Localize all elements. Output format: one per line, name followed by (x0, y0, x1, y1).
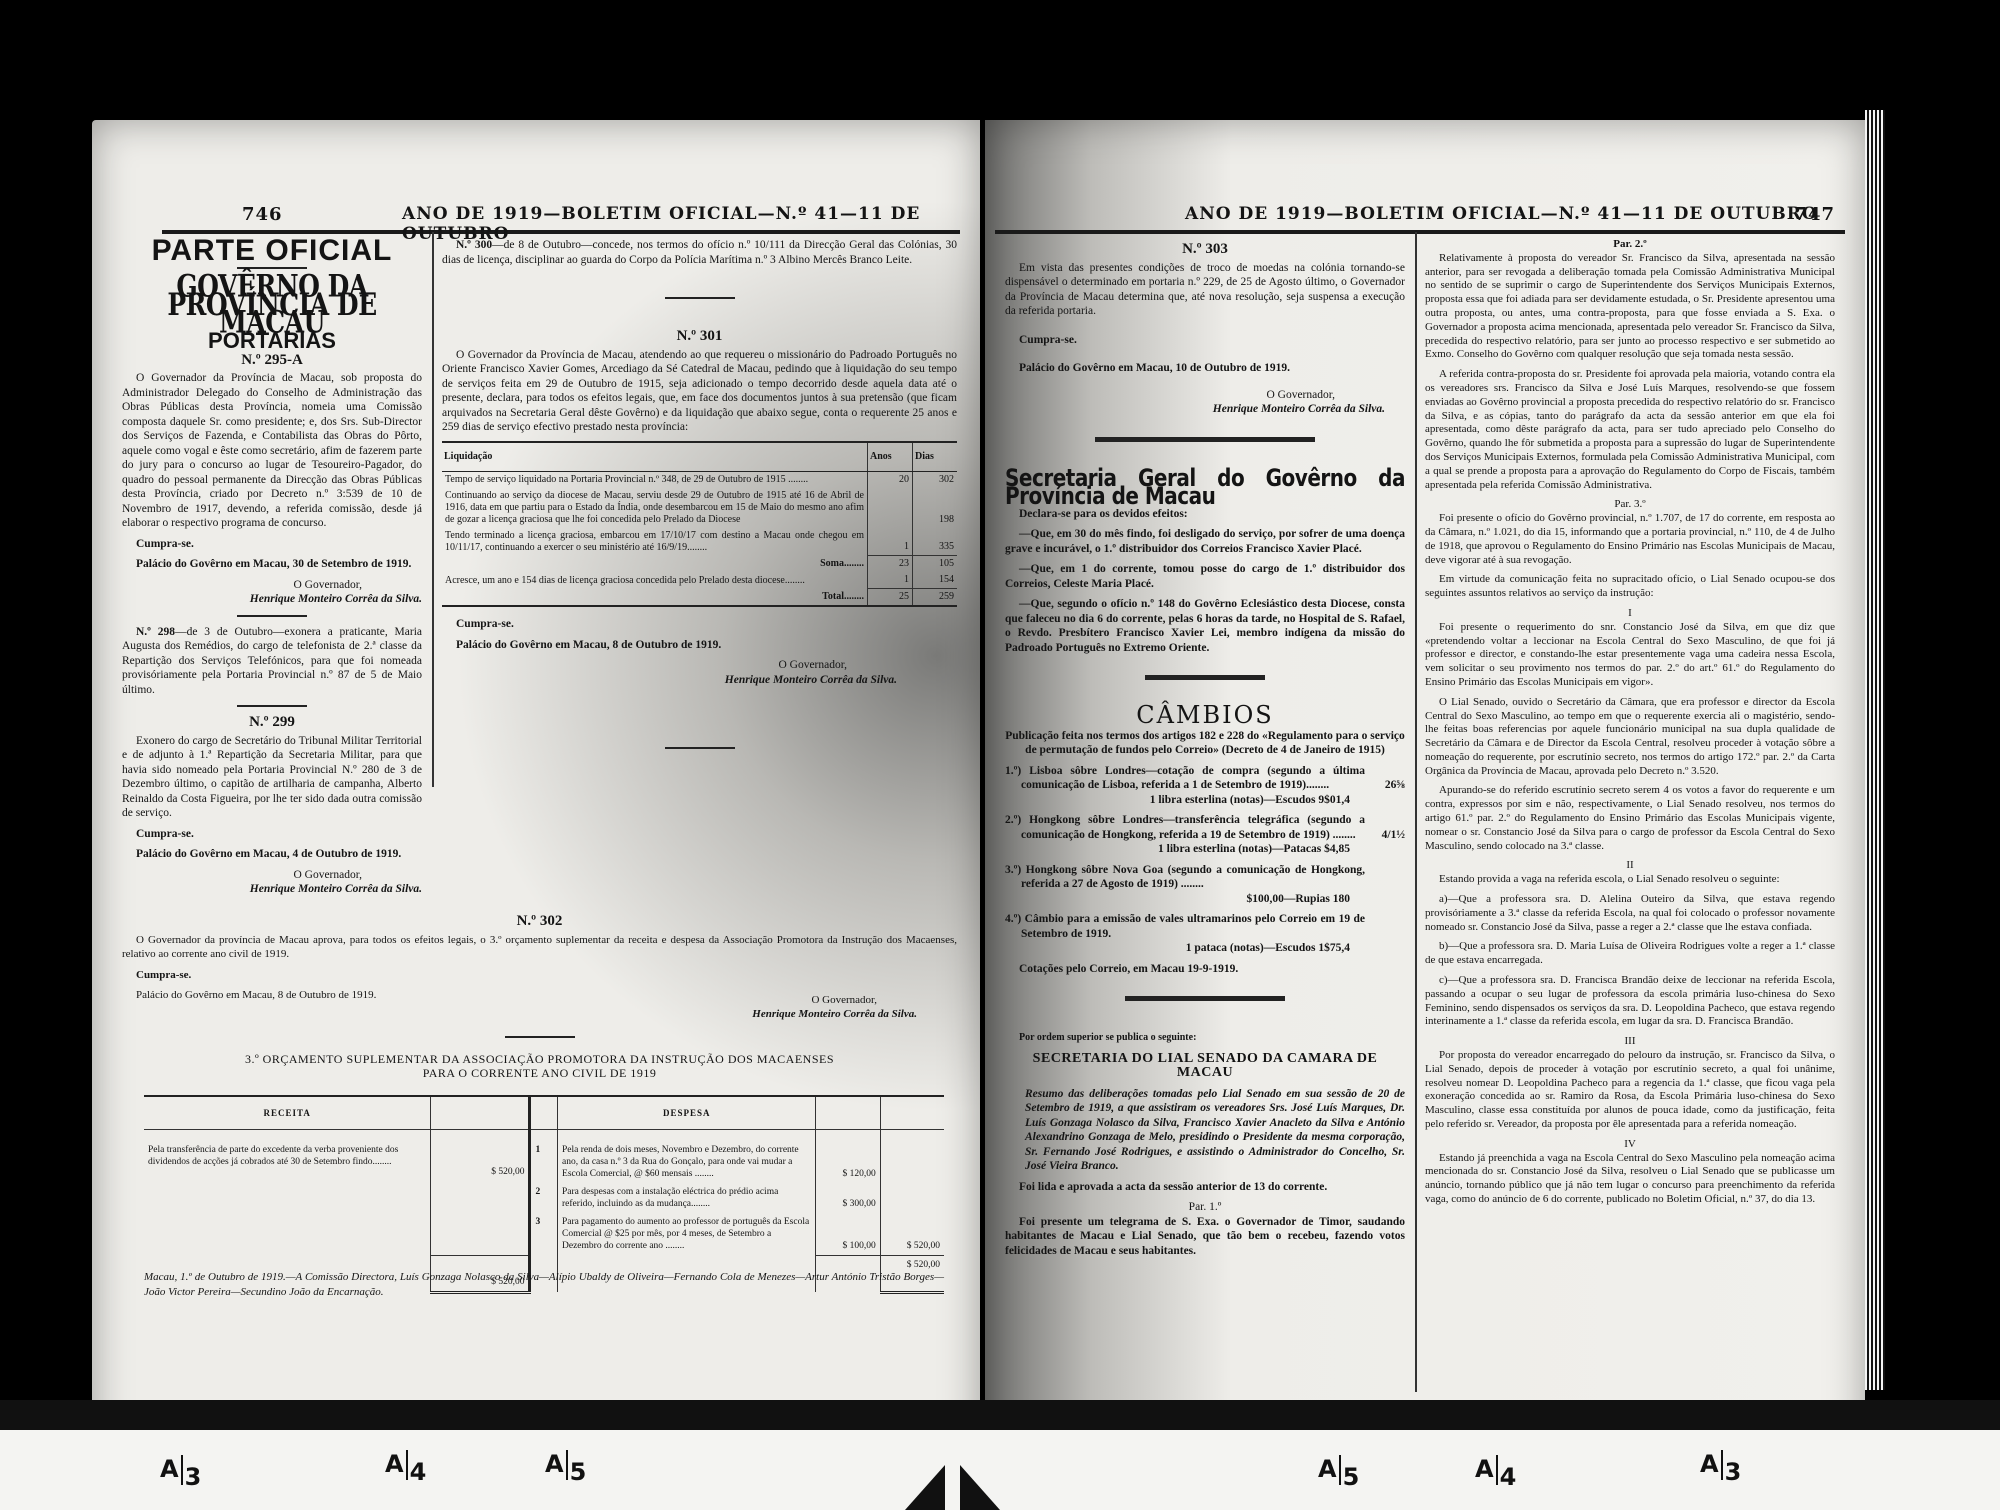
portaria-303-body: Em vista das presentes condições de troc… (1005, 261, 1405, 319)
right-running-title: ANO DE 1919—BOLETIM OFICIAL—N.º 41—11 DE… (1185, 204, 1818, 224)
right-page-number: 747 (1794, 204, 1835, 225)
governor-name: Henrique Monteiro Corrêa da Silva. (122, 592, 422, 607)
liquidacao-description: Tempo de serviço liquidado na Portaria P… (442, 471, 868, 488)
orcamento-subtitle: PARA O CORRENTE ANO CIVIL DE 1919 (122, 1066, 957, 1081)
par3-body: Foi presente o ofício do Govêrno provinc… (1425, 512, 1835, 567)
portaria-303-heading: N.º 303 (1005, 242, 1405, 257)
right-page: ANO DE 1919—BOLETIM OFICIAL—N.º 41—11 DE… (985, 120, 1865, 1460)
anos-value: 25 (868, 589, 913, 607)
calibration-mark: A3 (1700, 1450, 1741, 1480)
par2-body: A referida contra-proposta do sr. Presid… (1425, 368, 1835, 492)
despesa-header: DESPESA (558, 1096, 816, 1130)
orcamento-title: 3.º ORÇAMENTO SUPLEMENTAR DA ASSOCIAÇÃO … (122, 1052, 957, 1067)
despesa-item: Para despesas com a instalação eléctrica… (558, 1183, 816, 1213)
cambio-item: 4.º) Câmbio para a emissão de vales ultr… (1005, 912, 1405, 956)
parte-oficial-heading: PARTE OFICIAL (122, 244, 422, 259)
divider (237, 615, 307, 617)
divider (1125, 996, 1285, 1001)
calibration-digit: 5 (1343, 1463, 1360, 1491)
anos-value: 1 (868, 528, 913, 556)
lial-intro: Por ordem superior se publica o seguinte… (1005, 1031, 1405, 1046)
cambio-rate: 4/1½ (1365, 828, 1405, 843)
calibration-letter: A (545, 1450, 564, 1478)
receita-amount: $ 520,00 (431, 1130, 530, 1256)
table-row: Continuando ao serviço da diocese de Mac… (442, 488, 957, 528)
section-ii-c: c)—Que a professora sra. D. Francisca Br… (1425, 974, 1835, 1029)
governor-name: Henrique Monteiro Corrêa da Silva. (122, 882, 422, 897)
par2-heading: Par. 2.º (1425, 238, 1835, 252)
cambio-rate: 26⅝ (1365, 778, 1405, 793)
cambio-item: 3.º) Hongkong sôbre Nova Goa (segundo a … (1005, 863, 1405, 907)
left-page-number: 746 (242, 204, 283, 225)
liquidacao-header: Liquidação (442, 442, 868, 472)
cambio-item: 1.º) Lisboa sôbre Londres—cotação de com… (1005, 764, 1405, 808)
cambio-item: 2.º) Hongkong sôbre Londres—transferênci… (1005, 813, 1405, 857)
despesa-subtotal: $ 520,00 (880, 1213, 944, 1255)
governor-title: O Governador, (1005, 388, 1405, 403)
section-ii-intro: Estando provida a vaga na referida escol… (1425, 873, 1835, 887)
section-i-body: Apurando-se do referido escrutínio secre… (1425, 784, 1835, 853)
left-column-2: N.º 300—de 8 de Outubro—concede, nos ter… (442, 238, 957, 757)
portaria-301-heading: N.º 301 (442, 329, 957, 344)
par1-body: Foi presente um telegrama de S. Exa. o G… (1005, 1215, 1405, 1259)
calibration-digit: 3 (1725, 1458, 1742, 1486)
divider (665, 297, 735, 299)
par3-heading: Par. 3.º (1425, 498, 1835, 512)
portaria-299-heading: N.º 299 (122, 715, 422, 730)
dias-value: 198 (913, 488, 958, 528)
table-row: Soma........23105 (442, 556, 957, 573)
anos-value: 20 (868, 471, 913, 488)
portaria-date: Palácio do Govêrno em Macau, 4 de Outubr… (122, 847, 422, 862)
despesa-item: Pela renda de dois meses, Novembro e Dez… (558, 1130, 816, 1184)
despesa-item-number: 1 (530, 1130, 558, 1184)
governo-heading: GOVÊRNO DA PROVÍNCIA DE MACAU (122, 277, 422, 331)
cambio-description: 3.º) Hongkong sôbre Nova Goa (segundo a … (1005, 863, 1365, 892)
calibration-letter: A (385, 1450, 404, 1478)
lial-resumo: Resumo das deliberações tomadas pelo Lia… (1005, 1087, 1405, 1174)
portaria-301-body: O Governador da Província de Macau, aten… (442, 348, 957, 435)
anos-value: 23 (868, 556, 913, 573)
despesa-item-number: 2 (530, 1183, 558, 1213)
left-column-1: PARTE OFICIAL GOVÊRNO DA PROVÍNCIA DE MA… (122, 238, 422, 897)
calibration-mark: A5 (545, 1450, 586, 1480)
cambios-footer: Cotações pelo Correio, em Macau 19-9-191… (1005, 962, 1405, 977)
film-border-top (0, 0, 2000, 120)
liquidacao-description: Total........ (442, 589, 868, 607)
governor-title: O Governador, (122, 868, 422, 883)
cambios-heading: CÂMBIOS (1005, 708, 1405, 723)
calibration-digit: 5 (570, 1458, 587, 1486)
par1-heading: Par. 1.º (1005, 1200, 1405, 1215)
dias-value: 154 (913, 572, 958, 589)
table-row: Tempo de serviço liquidado na Portaria P… (442, 471, 957, 488)
calibration-mark: A3 (160, 1455, 201, 1485)
cambio-conversion: 1 libra esterlina (notas)—Patacas $4,85 (1005, 842, 1405, 857)
divider (1095, 437, 1315, 442)
receita-header: RECEITA (144, 1096, 431, 1130)
calibration-letter: A (1475, 1455, 1494, 1483)
despesa-item: Para pagamento do aumento ao professor d… (558, 1213, 816, 1255)
section-i-body: Foi presente o requerimento do snr. Cons… (1425, 621, 1835, 690)
right-running-head: ANO DE 1919—BOLETIM OFICIAL—N.º 41—11 DE… (995, 200, 1845, 234)
anos-value: 1 (868, 572, 913, 589)
despesa-amount: $ 100,00 (816, 1213, 880, 1255)
portaria-295a-body: O Governador da Província de Macau, sob … (122, 371, 422, 531)
secretaria-item: —Que, segundo o ofício n.º 148 do Govêrn… (1005, 597, 1405, 655)
liquidacao-description: Tendo terminado a licença graciosa, emba… (442, 528, 868, 556)
right-column-1: N.º 303 Em vista das presentes condições… (1005, 238, 1405, 1264)
portaria-302-section: N.º 302 O Governador da província de Mac… (122, 910, 957, 1081)
table-row: Total........25259 (442, 589, 957, 607)
calibration-letter: A (1700, 1450, 1719, 1478)
governor-name: Henrique Monteiro Corrêa da Silva. (122, 1007, 957, 1022)
cumpra-se: Cumpra-se. (122, 827, 422, 842)
secretaria-heading: Secretaria Geral do Govêrno da Província… (1005, 469, 1405, 504)
cambio-row: 3.º) Hongkong sôbre Nova Goa (segundo a … (1005, 863, 1405, 892)
cambio-description: 4.º) Câmbio para a emissão de vales ultr… (1005, 912, 1365, 941)
section-ii-b: b)—Que a professora sra. D. Maria Luísa … (1425, 940, 1835, 968)
section-iv-body: Estando já preenchida a vaga na Escola C… (1425, 1152, 1835, 1207)
column-divider (432, 232, 434, 787)
liquidacao-description: Continuando ao serviço da diocese de Mac… (442, 488, 868, 528)
portaria-298: N.º 298—de 3 de Outubro—exonera a pratic… (122, 625, 422, 698)
right-column-2: Par. 2.º Relativamente à proposta do ver… (1425, 238, 1835, 1213)
divider (1145, 675, 1265, 680)
liquidacao-description: Soma........ (442, 556, 868, 573)
secretaria-item: —Que, em 1 do corrente, tomou posse do c… (1005, 562, 1405, 591)
divider (505, 1036, 575, 1038)
cambio-conversion: 1 libra esterlina (notas)—Escudos 9$01,4 (1005, 793, 1405, 808)
left-running-head: 746 ANO DE 1919—BOLETIM OFICIAL—N.º 41—1… (162, 200, 960, 234)
portaria-date: Palácio do Govêrno em Macau, 10 de Outub… (1005, 361, 1405, 376)
calibration-letter: A (160, 1455, 179, 1483)
portaria-300-lead: N.º 300 (456, 239, 492, 251)
despesa-total-cell (880, 1183, 944, 1213)
item-number-header (530, 1096, 558, 1130)
left-page: 746 ANO DE 1919—BOLETIM OFICIAL—N.º 41—1… (92, 120, 980, 1460)
portaria-302-heading: N.º 302 (122, 914, 957, 929)
portaria-300: N.º 300—de 8 de Outubro—concede, nos ter… (442, 238, 957, 267)
portaria-302-body: O Governador da província de Macau aprov… (122, 933, 957, 962)
section-ii-heading: II (1425, 859, 1835, 873)
portaria-295a-heading: N.º 295-A (122, 353, 422, 368)
receita-item: Pela transferência de parte do excedente… (144, 1130, 431, 1256)
receita-amount-header (431, 1096, 530, 1130)
par2-body: Relativamente à proposta do vereador Sr.… (1425, 252, 1835, 362)
cambio-row: 2.º) Hongkong sôbre Londres—transferênci… (1005, 813, 1405, 842)
dias-value: 259 (913, 589, 958, 607)
cumpra-se: Cumpra-se. (442, 617, 957, 632)
table-row: Acresce, um ano e 154 dias de licença gr… (442, 572, 957, 589)
table-row: Tendo terminado a licença graciosa, emba… (442, 528, 957, 556)
portaria-298-lead: N.º 298 (136, 626, 175, 638)
lial-heading: SECRETARIA DO LIAL SENADO DA CAMARA DE M… (1005, 1052, 1405, 1081)
despesa-amount: $ 300,00 (816, 1183, 880, 1213)
cumpra-se: Cumpra-se. (122, 537, 422, 552)
cambio-conversion: 1 pataca (notas)—Escudos 1$75,4 (1005, 941, 1405, 956)
governor-name: Henrique Monteiro Corrêa da Silva. (442, 673, 957, 688)
dias-value: 105 (913, 556, 958, 573)
divider (237, 705, 307, 707)
cambios-intro: Publicação feita nos termos dos artigos … (1005, 729, 1405, 758)
calibration-digit: 3 (185, 1463, 202, 1491)
anos-header: Anos (868, 442, 913, 472)
liquidacao-description: Acresce, um ano e 154 dias de licença gr… (442, 572, 868, 589)
orcamento-table: RECEITA DESPESA Pela transferência de pa… (144, 1095, 944, 1294)
cambio-row: 4.º) Câmbio para a emissão de vales ultr… (1005, 912, 1405, 941)
portaria-date: Palácio do Govêrno em Macau, 8 de Outubr… (442, 638, 957, 653)
governor-name: Henrique Monteiro Corrêa da Silva. (1005, 402, 1405, 417)
divider (665, 747, 735, 749)
calibration-digit: 4 (1500, 1463, 1517, 1491)
cumpra-se: Cumpra-se. (1005, 333, 1405, 348)
cambio-row: 1.º) Lisboa sôbre Londres—cotação de com… (1005, 764, 1405, 793)
governor-title: O Governador, (442, 658, 957, 673)
section-i-heading: I (1425, 607, 1835, 621)
cambio-conversion: $100,00—Rupias 180 (1005, 892, 1405, 907)
calibration-digit: 4 (410, 1458, 427, 1486)
par3-body: Em virtude da comunicação feita no supra… (1425, 573, 1835, 601)
cambio-description: 1.º) Lisboa sôbre Londres—cotação de com… (1005, 764, 1365, 793)
despesa-amount: $ 120,00 (816, 1130, 880, 1184)
secretaria-item: —Que, em 30 do mês findo, foi desligado … (1005, 527, 1405, 556)
cambios-list: 1.º) Lisboa sôbre Londres—cotação de com… (1005, 764, 1405, 956)
calibration-mark: A5 (1318, 1455, 1359, 1485)
despesa-total-cell (880, 1130, 944, 1184)
governor-title: O Governador, (122, 578, 422, 593)
calibration-letter: A (1318, 1455, 1337, 1483)
orcamento-signature: Macau, 1.º de Outubro de 1919.—A Comissã… (144, 1270, 944, 1299)
cumpra-se: Cumpra-se. (122, 968, 957, 983)
dias-value: 302 (913, 471, 958, 488)
center-arrow-left-icon (905, 1465, 945, 1510)
section-iii-body: Por proposta do vereador encarregado do … (1425, 1049, 1835, 1132)
calibration-mark: A4 (1475, 1455, 1516, 1485)
despesa-item-number: 3 (530, 1213, 558, 1255)
despesa-total-header (880, 1096, 944, 1130)
lial-acta: Foi lida e aprovada a acta da sessão ant… (1005, 1180, 1405, 1195)
section-i-body: O Lial Senado, ouvido o Secretário da Câ… (1425, 696, 1835, 779)
column-divider (1415, 232, 1417, 1392)
dias-header: Dias (913, 442, 958, 472)
section-ii-a: a)—Que a professora sra. D. Alelina Oute… (1425, 893, 1835, 934)
portaria-date: Palácio do Govêrno em Macau, 30 de Setem… (122, 557, 422, 572)
center-arrow-right-icon (960, 1465, 1000, 1510)
section-iv-heading: IV (1425, 1138, 1835, 1152)
portaria-300-body: —de 8 de Outubro—concede, nos termos do … (442, 239, 957, 266)
section-iii-heading: III (1425, 1035, 1835, 1049)
despesa-amount-header (816, 1096, 880, 1130)
anos-value (868, 488, 913, 528)
calibration-mark: A4 (385, 1450, 426, 1480)
portaria-299-body: Exonero do cargo de Secretário do Tribun… (122, 734, 422, 821)
liquidacao-table: Liquidação Anos Dias Tempo de serviço li… (442, 441, 957, 608)
cambio-description: 2.º) Hongkong sôbre Londres—transferênci… (1005, 813, 1365, 842)
dias-value: 335 (913, 528, 958, 556)
book-page-edges (1865, 110, 1885, 1390)
